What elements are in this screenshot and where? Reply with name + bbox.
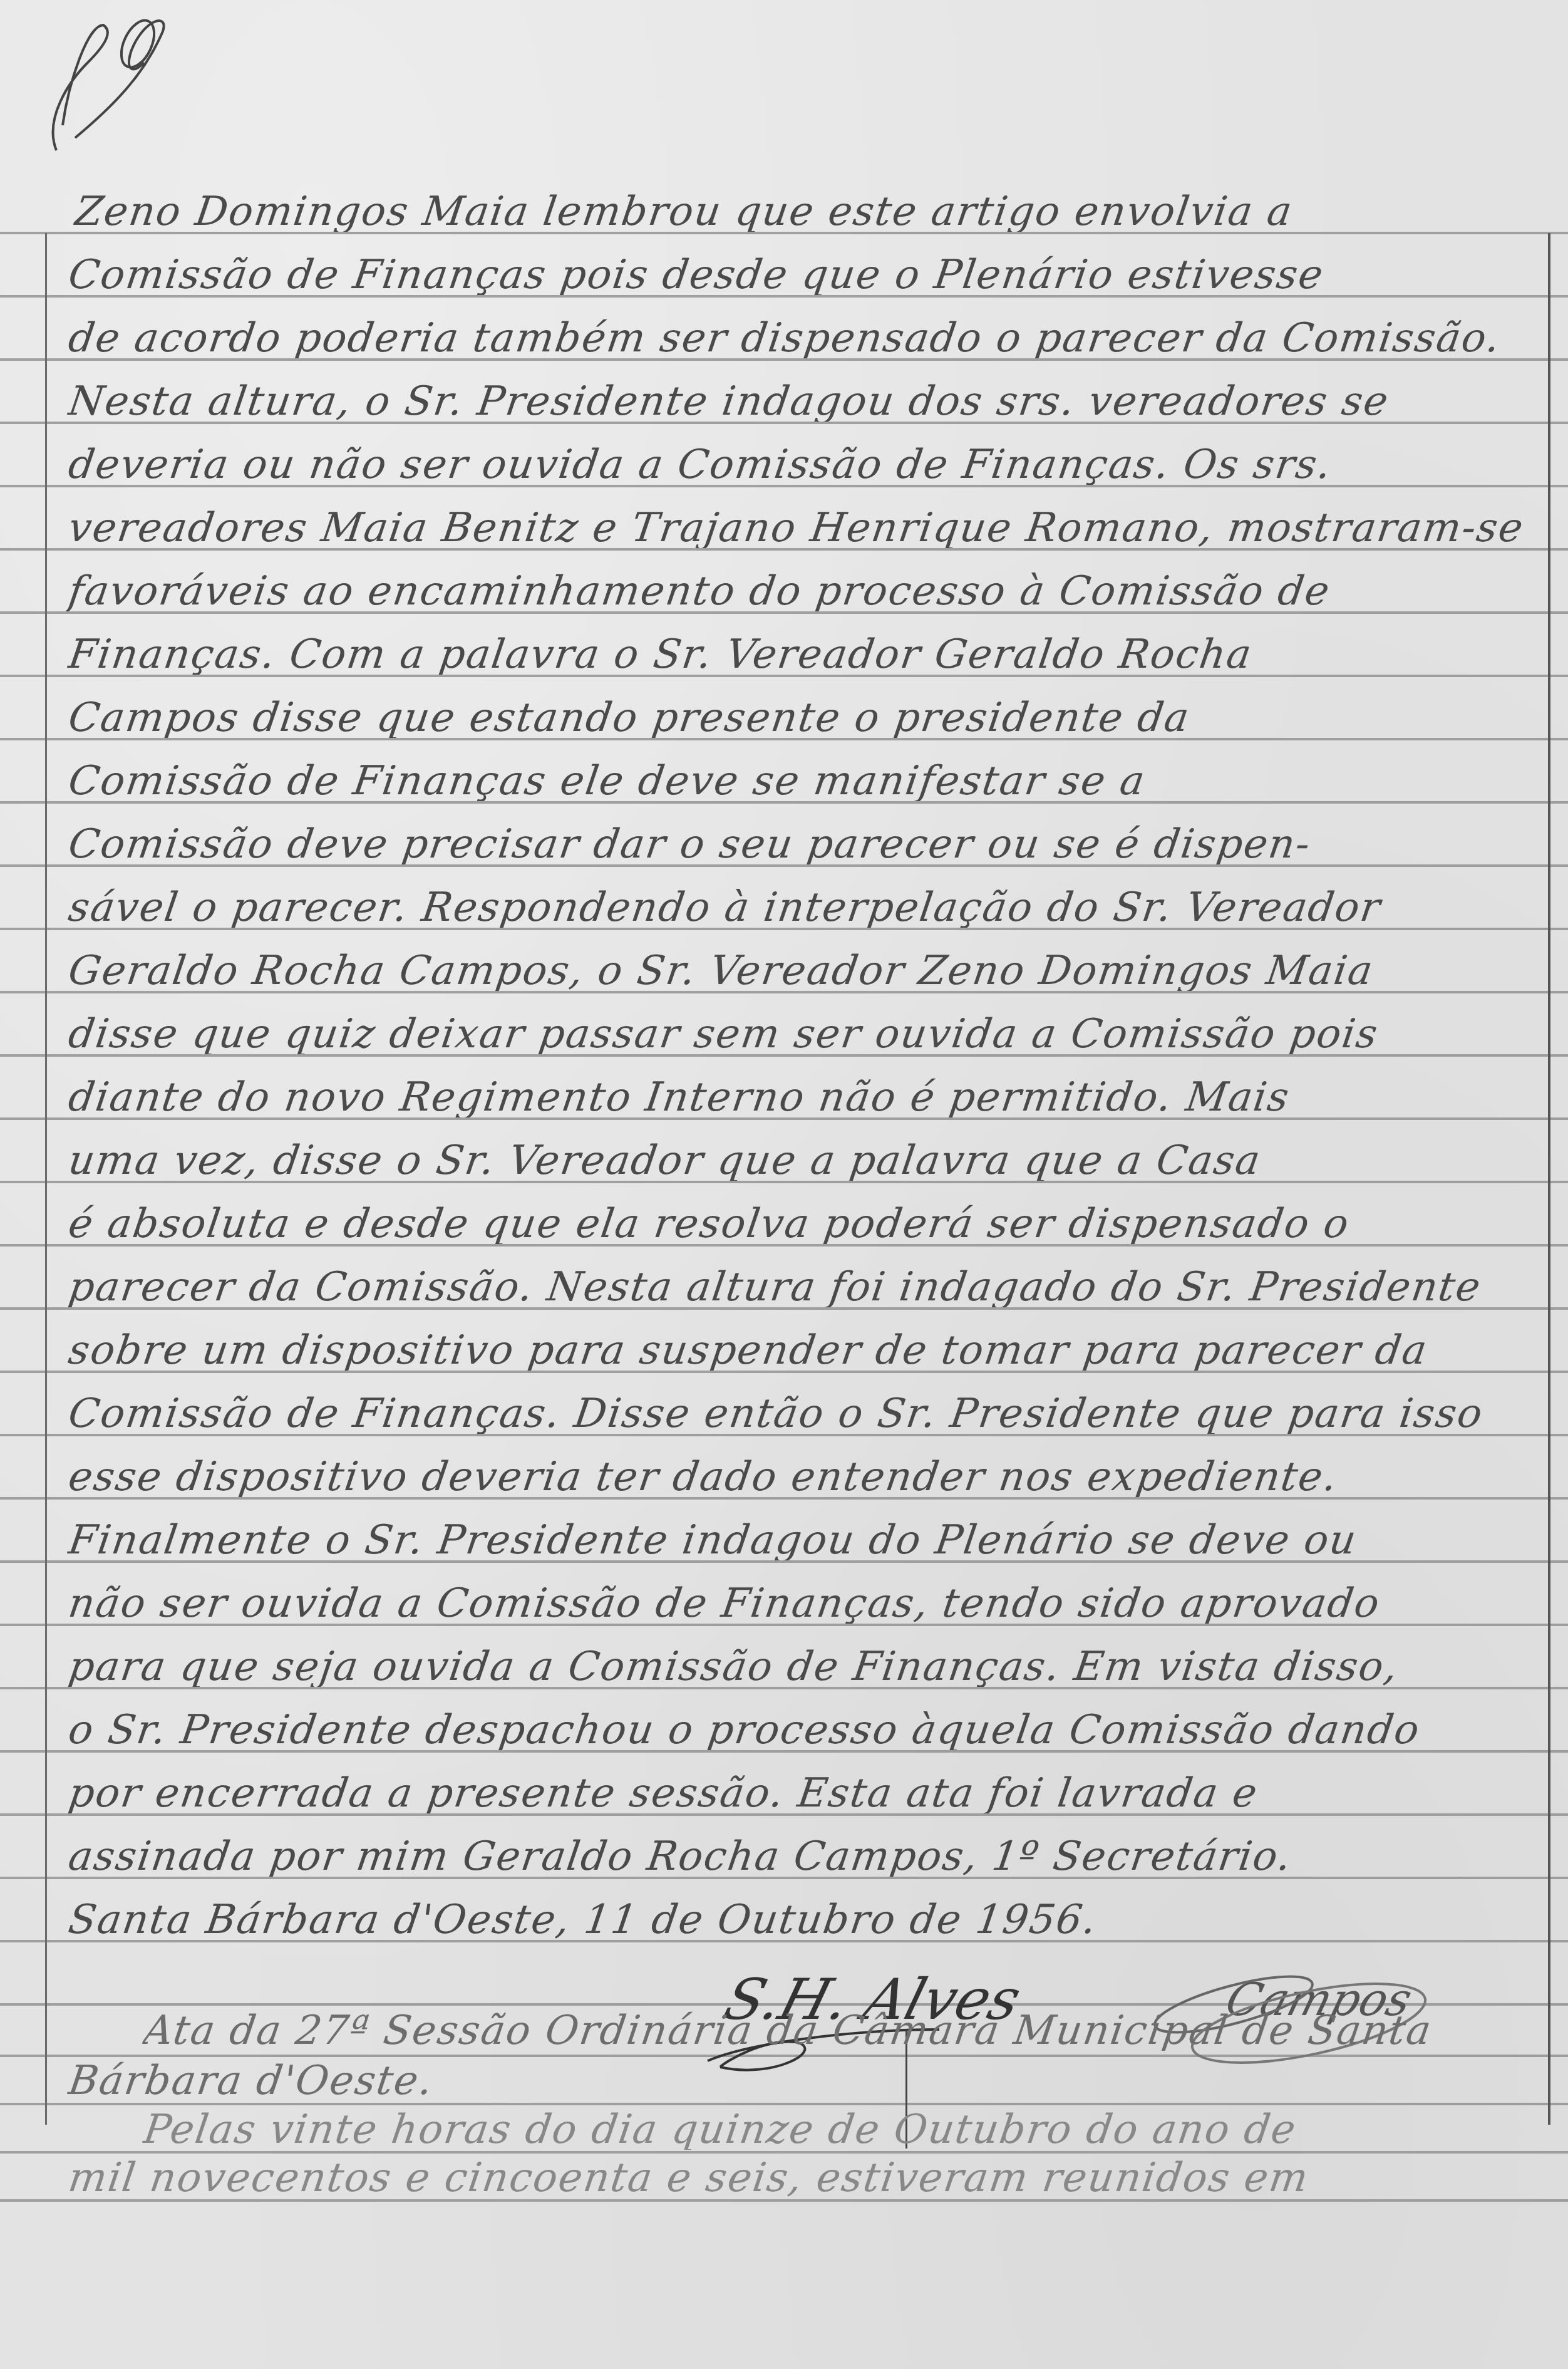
text-line: Comissão de Finanças pois desde que o Pl… (66, 255, 1537, 295)
text-line: esse dispositivo deveria ter dado entend… (66, 1457, 1537, 1497)
rule-line (0, 485, 1568, 487)
text-line: Pelas vinte horas do dia quinze de Outub… (142, 2110, 1568, 2150)
rule-line (0, 1054, 1568, 1057)
rule-line (0, 611, 1568, 614)
rule-line (0, 358, 1568, 361)
rule-line (0, 1813, 1568, 1816)
text-line: assinada por mim Geraldo Rocha Campos, 1… (66, 1837, 1537, 1877)
rule-line (0, 2199, 1568, 2202)
entry-title-line: Bárbara d'Oeste. (66, 2061, 1537, 2101)
rule-line (0, 1750, 1568, 1753)
rule-line (0, 1497, 1568, 1500)
rule-line (0, 2103, 1568, 2105)
text-line: por encerrada a presente sessão. Esta at… (66, 1773, 1537, 1813)
text-line: favoráveis ao encaminhamento do processo… (66, 571, 1537, 611)
text-line: Campos disse que estando presente o pres… (66, 698, 1537, 738)
rule-line (0, 1560, 1568, 1563)
left-margin-line (45, 233, 47, 2125)
rule-line (0, 801, 1568, 804)
text-line: Comissão de Finanças. Disse então o Sr. … (66, 1394, 1537, 1434)
rule-line (0, 738, 1568, 740)
text-line: não ser ouvida a Comissão de Finanças, t… (66, 1584, 1537, 1624)
rule-line (0, 1371, 1568, 1373)
rule-line (0, 675, 1568, 677)
rule-line (0, 1181, 1568, 1183)
rule-line (0, 1434, 1568, 1436)
text-line: Geraldo Rocha Campos, o Sr. Vereador Zen… (66, 951, 1537, 991)
rule-line (0, 1687, 1568, 1689)
text-line: Finanças. Com a palavra o Sr. Vereador G… (66, 635, 1537, 675)
text-line: Comissão de Finanças ele deve se manifes… (66, 761, 1537, 801)
rule-line (0, 864, 1568, 867)
text-line: vereadores Maia Benitz e Trajano Henriqu… (66, 508, 1537, 548)
text-line: deveria ou não ser ouvida a Comissão de … (66, 445, 1537, 485)
rubric-initials-icon (19, 6, 182, 169)
rule-line (0, 1307, 1568, 1310)
rule-line (0, 928, 1568, 930)
rule-line (0, 232, 1568, 234)
rule-line (0, 422, 1568, 424)
rule-line (0, 1117, 1568, 1120)
text-line: diante do novo Regimento Interno não é p… (66, 1077, 1537, 1117)
text-line: sável o parecer. Respondendo à interpela… (66, 888, 1537, 928)
right-margin-line (1548, 233, 1550, 2125)
text-line: Santa Bárbara d'Oeste, 11 de Outubro de … (66, 1900, 1537, 1940)
text-line: Zeno Domingos Maia lembrou que este arti… (73, 192, 1544, 232)
text-line: mil novecentos e cincoenta e seis, estiv… (66, 2158, 1537, 2198)
rule-line (0, 548, 1568, 551)
rule-line (0, 991, 1568, 993)
rule-line (0, 1244, 1568, 1247)
rule-line (0, 1624, 1568, 1626)
rule-line (0, 1940, 1568, 1942)
rule-line (0, 295, 1568, 298)
text-line: para que seja ouvida a Comissão de Finan… (66, 1647, 1537, 1687)
text-line: é absoluta e desde que ela resolva poder… (66, 1204, 1537, 1244)
text-line: Comissão deve precisar dar o seu parecer… (66, 824, 1537, 864)
text-line: Nesta altura, o Sr. Presidente indagou d… (66, 381, 1537, 422)
text-line: Finalmente o Sr. Presidente indagou do P… (66, 1520, 1537, 1560)
rule-line (0, 1877, 1568, 1879)
text-line: o Sr. Presidente despachou o processo àq… (66, 1710, 1537, 1750)
text-line: uma vez, disse o Sr. Vereador que a pala… (66, 1141, 1537, 1181)
text-line: disse que quiz deixar passar sem ser ouv… (66, 1014, 1537, 1054)
entry-title-line: Ata da 27ª Sessão Ordinária da Câmara Mu… (142, 2011, 1568, 2051)
text-line: de acordo poderia também ser dispensado … (66, 318, 1537, 358)
text-line: parecer da Comissão. Nesta altura foi in… (66, 1267, 1537, 1307)
rule-line (0, 2151, 1568, 2154)
text-line: sobre um dispositivo para suspender de t… (66, 1330, 1537, 1371)
